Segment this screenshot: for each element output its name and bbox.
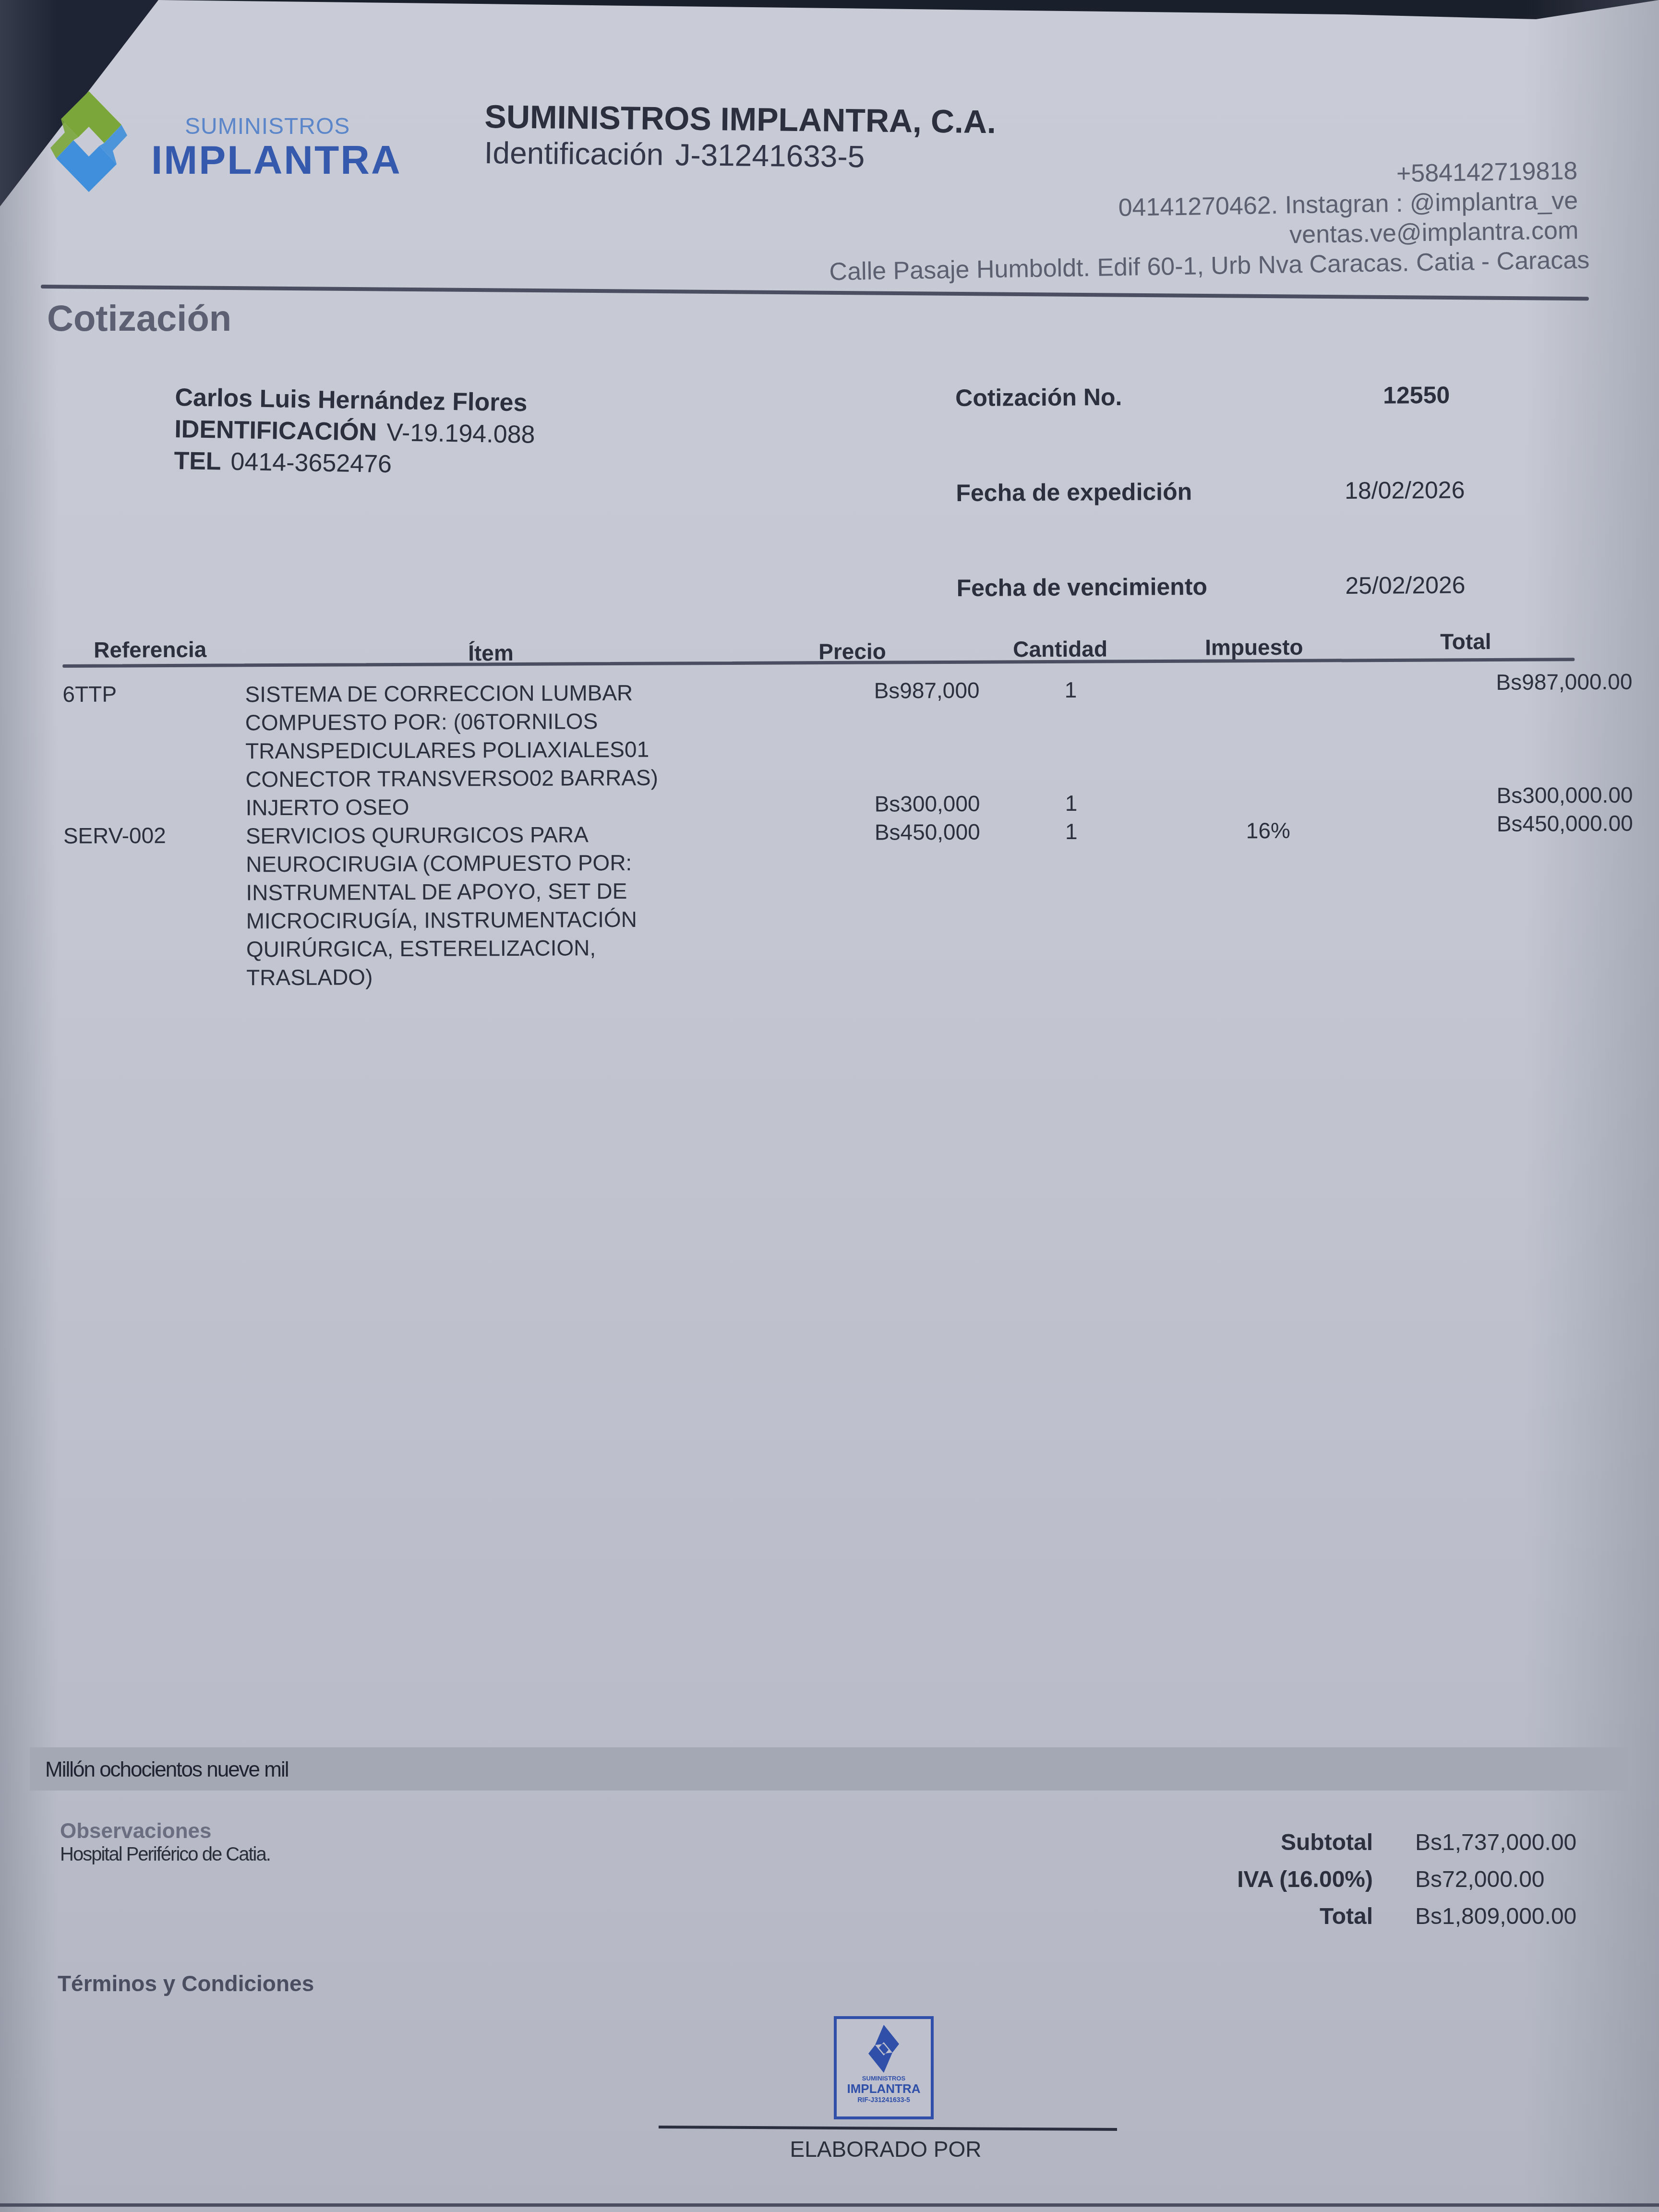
subtotal-label: Subtotal [1200,1829,1373,1856]
stamp-line3: RIF-J31241633-5 [837,2095,931,2104]
subtotal-value: Bs1,737,000.00 [1415,1829,1576,1856]
issue-date-label: Fecha de expedición [956,478,1192,574]
company-stamp: SUMINISTROS IMPLANTRA RIF-J31241633-5 [834,2016,934,2119]
cell-total: Bs300,000.00 [1431,782,1633,809]
client-identification: IDENTIFICACIÓNV-19.194.088 [174,413,535,451]
cell-item: INJERTO OSEO [245,792,701,822]
issue-date-row: Fecha de expedición 18/02/2026 [956,476,1465,574]
amount-in-words-bar: Millón ochocientos nueve mil [30,1747,1628,1791]
cell-quantity: 1 [1057,790,1085,816]
cell-reference: SERV-002 [63,822,166,849]
col-header-quantity: Cantidad [1013,636,1107,662]
logo-line1: SUMINISTROS [151,115,402,138]
company-contact: +584142719818 04141270462. Instagran : @… [828,156,1579,287]
line-items-table: Referencia Ítem Precio Cantidad Impuesto… [62,628,1576,993]
cell-tax [1229,676,1306,676]
terms-title: Términos y Condiciones [58,1971,314,1996]
company-name: SUMINISTROS IMPLANTRA, C.A. [484,98,996,140]
tax-value: Bs72,000.00 [1415,1866,1545,1893]
col-header-total: Total [1440,628,1491,654]
cell-price: Bs450,000 [851,819,980,845]
cell-item: SISTEMA DE CORRECCION LUMBAR COMPUESTO P… [245,678,701,793]
client-tel-value: 0414-3652476 [230,448,392,478]
table-row: SERV-002SERVICIOS QURURGICOS PARA NEUROC… [63,816,1576,993]
cell-item: SERVICIOS QURURGICOS PARA NEUROCIRUGIA (… [246,820,703,992]
signature-label: ELABORADO POR [703,2136,1068,2162]
client-id-value: V-19.194.088 [386,419,535,449]
client-id-label: IDENTIFICACIÓN [174,415,377,446]
amount-in-words: Millón ochocientos nueve mil [45,1758,289,1782]
quote-number-label: Cotización No. [955,383,1122,479]
cell-price: Bs300,000 [850,791,980,817]
grand-total-value: Bs1,809,000.00 [1415,1903,1576,1930]
quote-number-row: Cotización No. 12550 [955,381,1465,479]
tax-row: IVA (16.00%) Bs72,000.00 [1200,1861,1576,1898]
company-id-label: Identificación [484,135,663,172]
col-header-tax: Impuesto [1205,634,1303,661]
table-body: 6TTPSISTEMA DE CORRECCION LUMBAR COMPUES… [62,674,1576,993]
implantra-logo-icon [50,91,127,192]
table-row: 6TTPSISTEMA DE CORRECCION LUMBAR COMPUES… [62,674,1575,794]
subtotal-row: Subtotal Bs1,737,000.00 [1200,1824,1576,1861]
logo-line2: IMPLANTRA [151,138,402,181]
observations-text: Hospital Periférico de Catia. [60,1843,270,1865]
cell-reference: 6TTP [62,681,117,707]
company-block: SUMINISTROS IMPLANTRA, C.A. Identificaci… [484,98,996,176]
quote-number-value: 12550 [1383,381,1450,477]
cell-tax: 16% [1230,817,1307,844]
client-name: Carlos Luis Hernández Flores [175,382,536,419]
stamp-line1: SUMINISTROS [837,2075,931,2082]
tax-label: IVA (16.00%) [1200,1866,1373,1893]
col-header-reference: Referencia [94,637,206,663]
logo-wordmark: SUMINISTROS IMPLANTRA [151,115,402,181]
quote-meta: Cotización No. 12550 Fecha de expedición… [955,381,1466,669]
page-title: Cotización [47,298,231,339]
observations-title: Observaciones [60,1819,270,1843]
cell-total: Bs987,000.00 [1431,669,1632,696]
cell-quantity: 1 [1057,818,1086,844]
grand-total-row: Total Bs1,809,000.00 [1200,1898,1576,1935]
col-header-item: Ítem [468,640,514,666]
grand-total-label: Total [1200,1903,1373,1930]
cell-quantity: 1 [1056,677,1085,703]
stamp-line2: IMPLANTRA [837,2082,931,2095]
cell-price: Bs987,000 [850,677,979,704]
stamp-s-diamond-icon [868,2025,899,2073]
cell-total: Bs450,000.00 [1431,810,1633,837]
cell-tax [1229,789,1306,790]
observations: Observaciones Hospital Periférico de Cat… [60,1819,270,1865]
totals-block: Subtotal Bs1,737,000.00 IVA (16.00%) Bs7… [1200,1824,1576,1935]
footer-divider [0,2203,1659,2207]
col-header-price: Precio [818,638,886,665]
client-phone: TEL0414-3652476 [174,445,535,482]
client-block: Carlos Luis Hernández Flores IDENTIFICAC… [174,382,536,482]
client-tel-label: TEL [174,447,221,476]
issue-date-value: 18/02/2026 [1345,476,1465,572]
